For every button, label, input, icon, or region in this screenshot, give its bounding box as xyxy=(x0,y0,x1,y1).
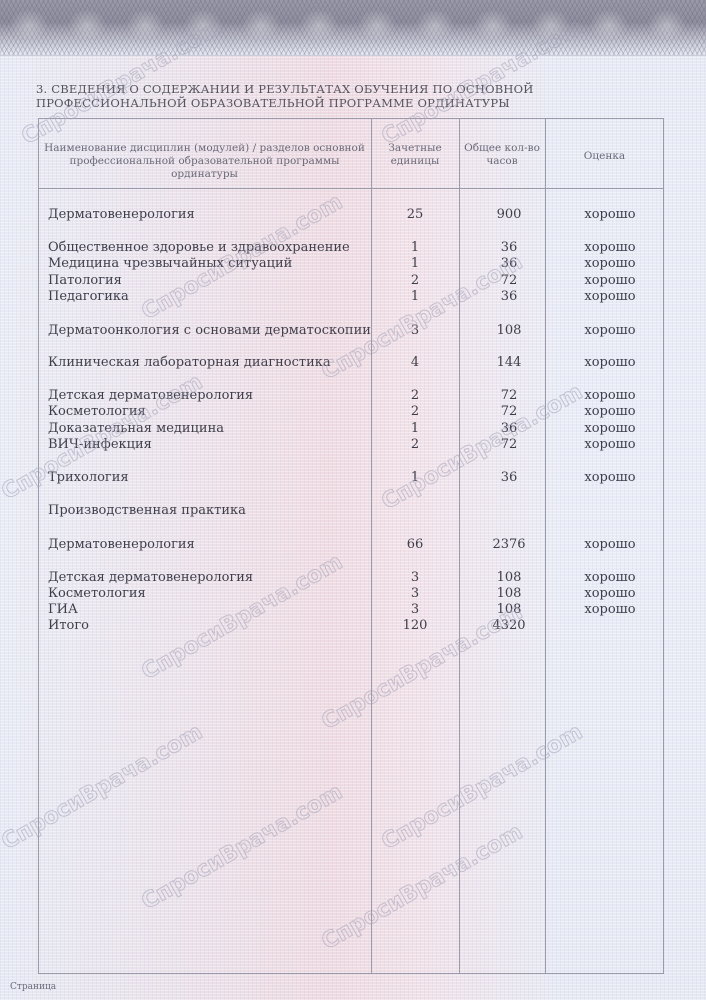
credit-units: 4 xyxy=(371,355,459,371)
discipline-name: Трихология xyxy=(48,470,368,486)
total-hours: 72 xyxy=(459,388,559,404)
table-row: Дерматовенерология662376хорошо xyxy=(0,537,706,553)
section-title: 3. Сведения о содержании и результатах о… xyxy=(36,82,676,110)
grade: хорошо xyxy=(560,256,660,272)
total-hours: 36 xyxy=(459,256,559,272)
table-row: Доказательная медицина136хорошо xyxy=(0,421,706,437)
grade: хорошо xyxy=(560,323,660,339)
discipline-name: Доказательная медицина xyxy=(48,421,368,437)
total-hours: 36 xyxy=(459,289,559,305)
header-divider xyxy=(38,188,664,189)
table-row: Дерматоонкология с основами дерматоскопи… xyxy=(0,323,706,339)
table-row: Общественное здоровье и здравоохранение1… xyxy=(0,240,706,256)
guilloche-border xyxy=(0,0,706,56)
table-row: Медицина чрезвычайных ситуаций136хорошо xyxy=(0,256,706,272)
total-hours: 108 xyxy=(459,602,559,618)
discipline-name: Клиническая лабораторная диагностика xyxy=(48,355,368,371)
grade: хорошо xyxy=(560,207,660,223)
discipline-name: Педагогика xyxy=(48,289,368,305)
table-row: ГИА3108хорошо xyxy=(0,602,706,618)
grade: хорошо xyxy=(560,404,660,420)
table-row: Косметология272хорошо xyxy=(0,404,706,420)
credit-units: 3 xyxy=(371,323,459,339)
column-header-discipline: Наименование дисциплин (модулей) / разде… xyxy=(38,142,371,181)
page-label: Страница xyxy=(10,982,56,992)
grade: хорошо xyxy=(560,240,660,256)
credit-units: 3 xyxy=(371,586,459,602)
grade: хорошо xyxy=(560,586,660,602)
table-row: Косметология3108хорошо xyxy=(0,586,706,602)
total-hours: 72 xyxy=(459,437,559,453)
table-row: Производственная практика xyxy=(0,503,706,519)
credit-units: 2 xyxy=(371,404,459,420)
discipline-name: Косметология xyxy=(48,404,368,420)
grade: хорошо xyxy=(560,355,660,371)
total-hours: 36 xyxy=(459,421,559,437)
discipline-name: Дерматоонкология с основами дерматоскопи… xyxy=(48,323,368,339)
table-row: Трихология136хорошо xyxy=(0,470,706,486)
discipline-name: Детская дерматовенерология xyxy=(48,570,368,586)
discipline-name: Производственная практика xyxy=(48,503,368,519)
discipline-name: ГИА xyxy=(48,602,368,618)
table-row: Дерматовенерология25900хорошо xyxy=(0,207,706,223)
total-hours: 72 xyxy=(459,404,559,420)
credit-units: 2 xyxy=(371,388,459,404)
column-header-grade: Оценка xyxy=(545,150,664,163)
grade: хорошо xyxy=(560,421,660,437)
credit-units: 1 xyxy=(371,256,459,272)
total-hours: 108 xyxy=(459,570,559,586)
grade: хорошо xyxy=(560,289,660,305)
credit-units: 3 xyxy=(371,602,459,618)
total-hours: 144 xyxy=(459,355,559,371)
discipline-name: Детская дерматовенерология xyxy=(48,388,368,404)
credit-units: 2 xyxy=(371,437,459,453)
discipline-name: ВИЧ-инфекция xyxy=(48,437,368,453)
total-hours: 108 xyxy=(459,323,559,339)
table-row: Патология272хорошо xyxy=(0,273,706,289)
table-row: Педагогика136хорошо xyxy=(0,289,706,305)
grade: хорошо xyxy=(560,537,660,553)
discipline-name: Итого xyxy=(48,618,368,634)
grade: хорошо xyxy=(560,388,660,404)
discipline-name: Патология xyxy=(48,273,368,289)
total-hours: 72 xyxy=(459,273,559,289)
credit-units: 66 xyxy=(371,537,459,553)
credit-units: 1 xyxy=(371,240,459,256)
table-row: Детская дерматовенерология272хорошо xyxy=(0,388,706,404)
table-row: Итого1204320 xyxy=(0,618,706,634)
credit-units: 120 xyxy=(371,618,459,634)
total-hours: 36 xyxy=(459,240,559,256)
total-hours: 900 xyxy=(459,207,559,223)
credit-units: 1 xyxy=(371,470,459,486)
grade: хорошо xyxy=(560,470,660,486)
total-hours: 4320 xyxy=(459,618,559,634)
credit-units: 1 xyxy=(371,289,459,305)
table-row: Клиническая лабораторная диагностика4144… xyxy=(0,355,706,371)
table-row: ВИЧ-инфекция272хорошо xyxy=(0,437,706,453)
credit-units: 1 xyxy=(371,421,459,437)
credit-units: 25 xyxy=(371,207,459,223)
column-header-credits: Зачетные единицы xyxy=(371,142,459,168)
discipline-name: Дерматовенерология xyxy=(48,207,368,223)
total-hours: 36 xyxy=(459,470,559,486)
table-row: Детская дерматовенерология3108хорошо xyxy=(0,570,706,586)
total-hours: 108 xyxy=(459,586,559,602)
discipline-name: Медицина чрезвычайных ситуаций xyxy=(48,256,368,272)
grade: хорошо xyxy=(560,602,660,618)
discipline-name: Косметология xyxy=(48,586,368,602)
credit-units: 3 xyxy=(371,570,459,586)
grade: хорошо xyxy=(560,437,660,453)
discipline-name: Дерматовенерология xyxy=(48,537,368,553)
total-hours: 2376 xyxy=(459,537,559,553)
credit-units: 2 xyxy=(371,273,459,289)
discipline-name: Общественное здоровье и здравоохранение xyxy=(48,240,368,256)
grade: хорошо xyxy=(560,273,660,289)
column-header-hours: Общее кол-во часов xyxy=(459,142,545,168)
grade: хорошо xyxy=(560,570,660,586)
